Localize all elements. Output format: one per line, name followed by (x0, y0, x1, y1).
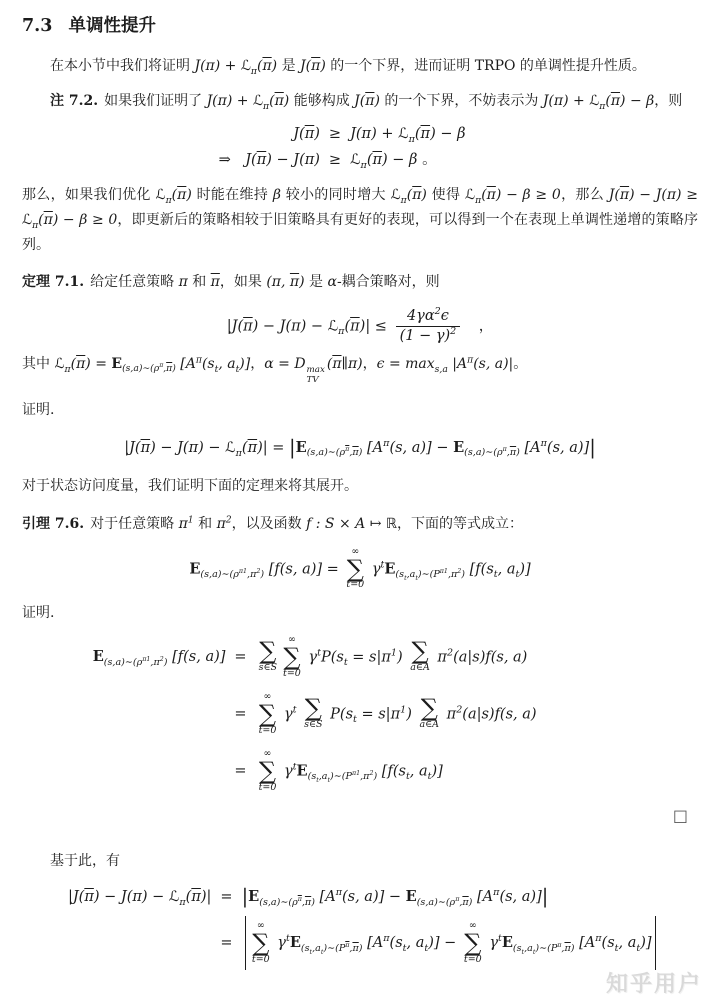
watermark: 知乎用户 (606, 972, 702, 997)
derivation-row: = ∞∑t=0 γtE(st,at)∼(Pπ,π) [Aπ(st, at)] −… (22, 916, 698, 970)
eq-operator: ≥ (320, 122, 350, 147)
theorem-statement: 给定任意策略 π 和 π，如果 (π, π) 是 α-耦合策略对，则 (90, 274, 440, 290)
theorem-label: 定理 7.1. (22, 274, 84, 290)
section-heading: 7.3单调性提升 (22, 14, 698, 38)
qed-row: □ (22, 806, 698, 824)
derivation-row: E(s,a)∼(ρπ1,π2) [f(s, a)] = ∑s∈S∞∑t=0 γt… (22, 632, 698, 682)
lemma-label: 引理 7.6. (22, 516, 84, 532)
after-remark-paragraph: 那么，如果我们优化 ℒπ(π) 时能在维持 β 较小的同时增大 ℒπ(π) 使得… (22, 183, 698, 258)
equation-row: J(π) ≥ J(π) + ℒπ(π) − β (22, 122, 698, 147)
eq-operator: = (211, 931, 241, 956)
section-title: 单调性提升 (68, 16, 156, 36)
remark-label: 注 7.2. (50, 93, 98, 109)
eq-operator: = (225, 645, 255, 670)
eq-right: ∞∑t=0 γt ∑s∈S P(st = s|π1) ∑a∈A π2(a|s)f… (256, 692, 680, 737)
based-paragraph: 基于此，有 (22, 849, 698, 874)
derivation-row: |J(π) − J(π) − ℒπ(π)| = |E(s,a)∼(ρπ,π) [… (22, 884, 698, 910)
visitation-paragraph: 对于状态访问度量，我们证明下面的定理来将其展开。 (22, 474, 698, 499)
document-page: 7.3单调性提升 在本小节中我们将证明 J(π) + ℒπ(π) 是 J(π) … (0, 0, 720, 1003)
derivation-row: = ∞∑t=0 γt ∑s∈S P(st = s|π1) ∑a∈A π2(a|s… (22, 689, 698, 739)
proof1-equation: |J(π) − J(π) − ℒπ(π)| = |E(s,a)∼(ρπ,π) [… (22, 435, 698, 461)
theorem-paragraph: 定理 7.1.给定任意策略 π 和 π，如果 (π, π) 是 α-耦合策略对，… (22, 270, 698, 295)
lemma-equation: E(s,a)∼(ρπ1,π2) [f(s, a)] = ∞∑t=0 γtE(st… (22, 547, 698, 592)
where-clause: 其中 ℒπ(π) = E(s,a)∼(ρπ,π) [Aπ(st, at)]，α … (22, 352, 698, 385)
equation-row: ⇒ J(π) − J(π) ≥ ℒπ(π) − β 。 (22, 148, 698, 173)
theorem-equation: |J(π) − J(π) − ℒπ(π)| ≤ 4γα2ϵ(1 − γ)2 ， (22, 307, 698, 346)
proof-label-2: 证明. (22, 601, 698, 626)
lemma-derivation: E(s,a)∼(ρπ1,π2) [f(s, a)] = ∑s∈S∞∑t=0 γt… (22, 632, 698, 796)
remark-text: 如果我们证明了 J(π) + ℒπ(π) 能够构成 J(π) 的一个下界，不妨表… (104, 93, 682, 109)
lemma-paragraph: 引理 7.6.对于任意策略 π1 和 π2，以及函数 f : S × A ↦ ℝ… (22, 512, 698, 537)
eq-operator: = (225, 759, 255, 784)
eq-operator: = (225, 702, 255, 727)
eq-right: |E(s,a)∼(ρπ,π) [Aπ(s, a)] − E(s,a)∼(ρπ,π… (242, 884, 697, 910)
qed-box: □ (673, 808, 688, 824)
derivation-row: = ∞∑t=0 γtE(st,at)∼(Pπ1,π2) [f(st, at)] (22, 746, 698, 796)
eq-operator: = (211, 885, 241, 910)
eq-left: ⇒ J(π) − J(π) (135, 148, 320, 173)
lemma-statement: 对于任意策略 π1 和 π2，以及函数 f : S × A ↦ ℝ，下面的等式成… (90, 516, 523, 532)
eq-left: J(π) (135, 122, 320, 147)
final-derivation: |J(π) − J(π) − ℒπ(π)| = |E(s,a)∼(ρπ,π) [… (22, 884, 698, 970)
proof-label-1: 证明. (22, 398, 698, 423)
eq-right: ∞∑t=0 γtE(st,at)∼(Pπ,π) [Aπ(st, at)] − ∞… (242, 916, 697, 970)
eq-left: E(s,a)∼(ρπ1,π2) [f(s, a)] (40, 644, 225, 670)
remark-equation: J(π) ≥ J(π) + ℒπ(π) − β ⇒ J(π) − J(π) ≥ … (22, 122, 698, 173)
intro-paragraph: 在本小节中我们将证明 J(π) + ℒπ(π) 是 J(π) 的一个下界，进而证… (22, 54, 698, 79)
remark-paragraph: 注 7.2.如果我们证明了 J(π) + ℒπ(π) 能够构成 J(π) 的一个… (22, 89, 698, 114)
eq-right: ℒπ(π) − β 。 (350, 148, 585, 173)
eq-right: J(π) + ℒπ(π) − β (350, 122, 585, 147)
eq-operator: ≥ (320, 148, 350, 173)
eq-right: ∑s∈S∞∑t=0 γtP(st = s|π1) ∑a∈A π2(a|s)f(s… (256, 635, 680, 680)
section-number: 7.3 (22, 16, 52, 36)
eq-right: ∞∑t=0 γtE(st,at)∼(Pπ1,π2) [f(st, at)] (256, 749, 680, 794)
eq-left: |J(π) − J(π) − ℒπ(π)| (23, 885, 211, 910)
